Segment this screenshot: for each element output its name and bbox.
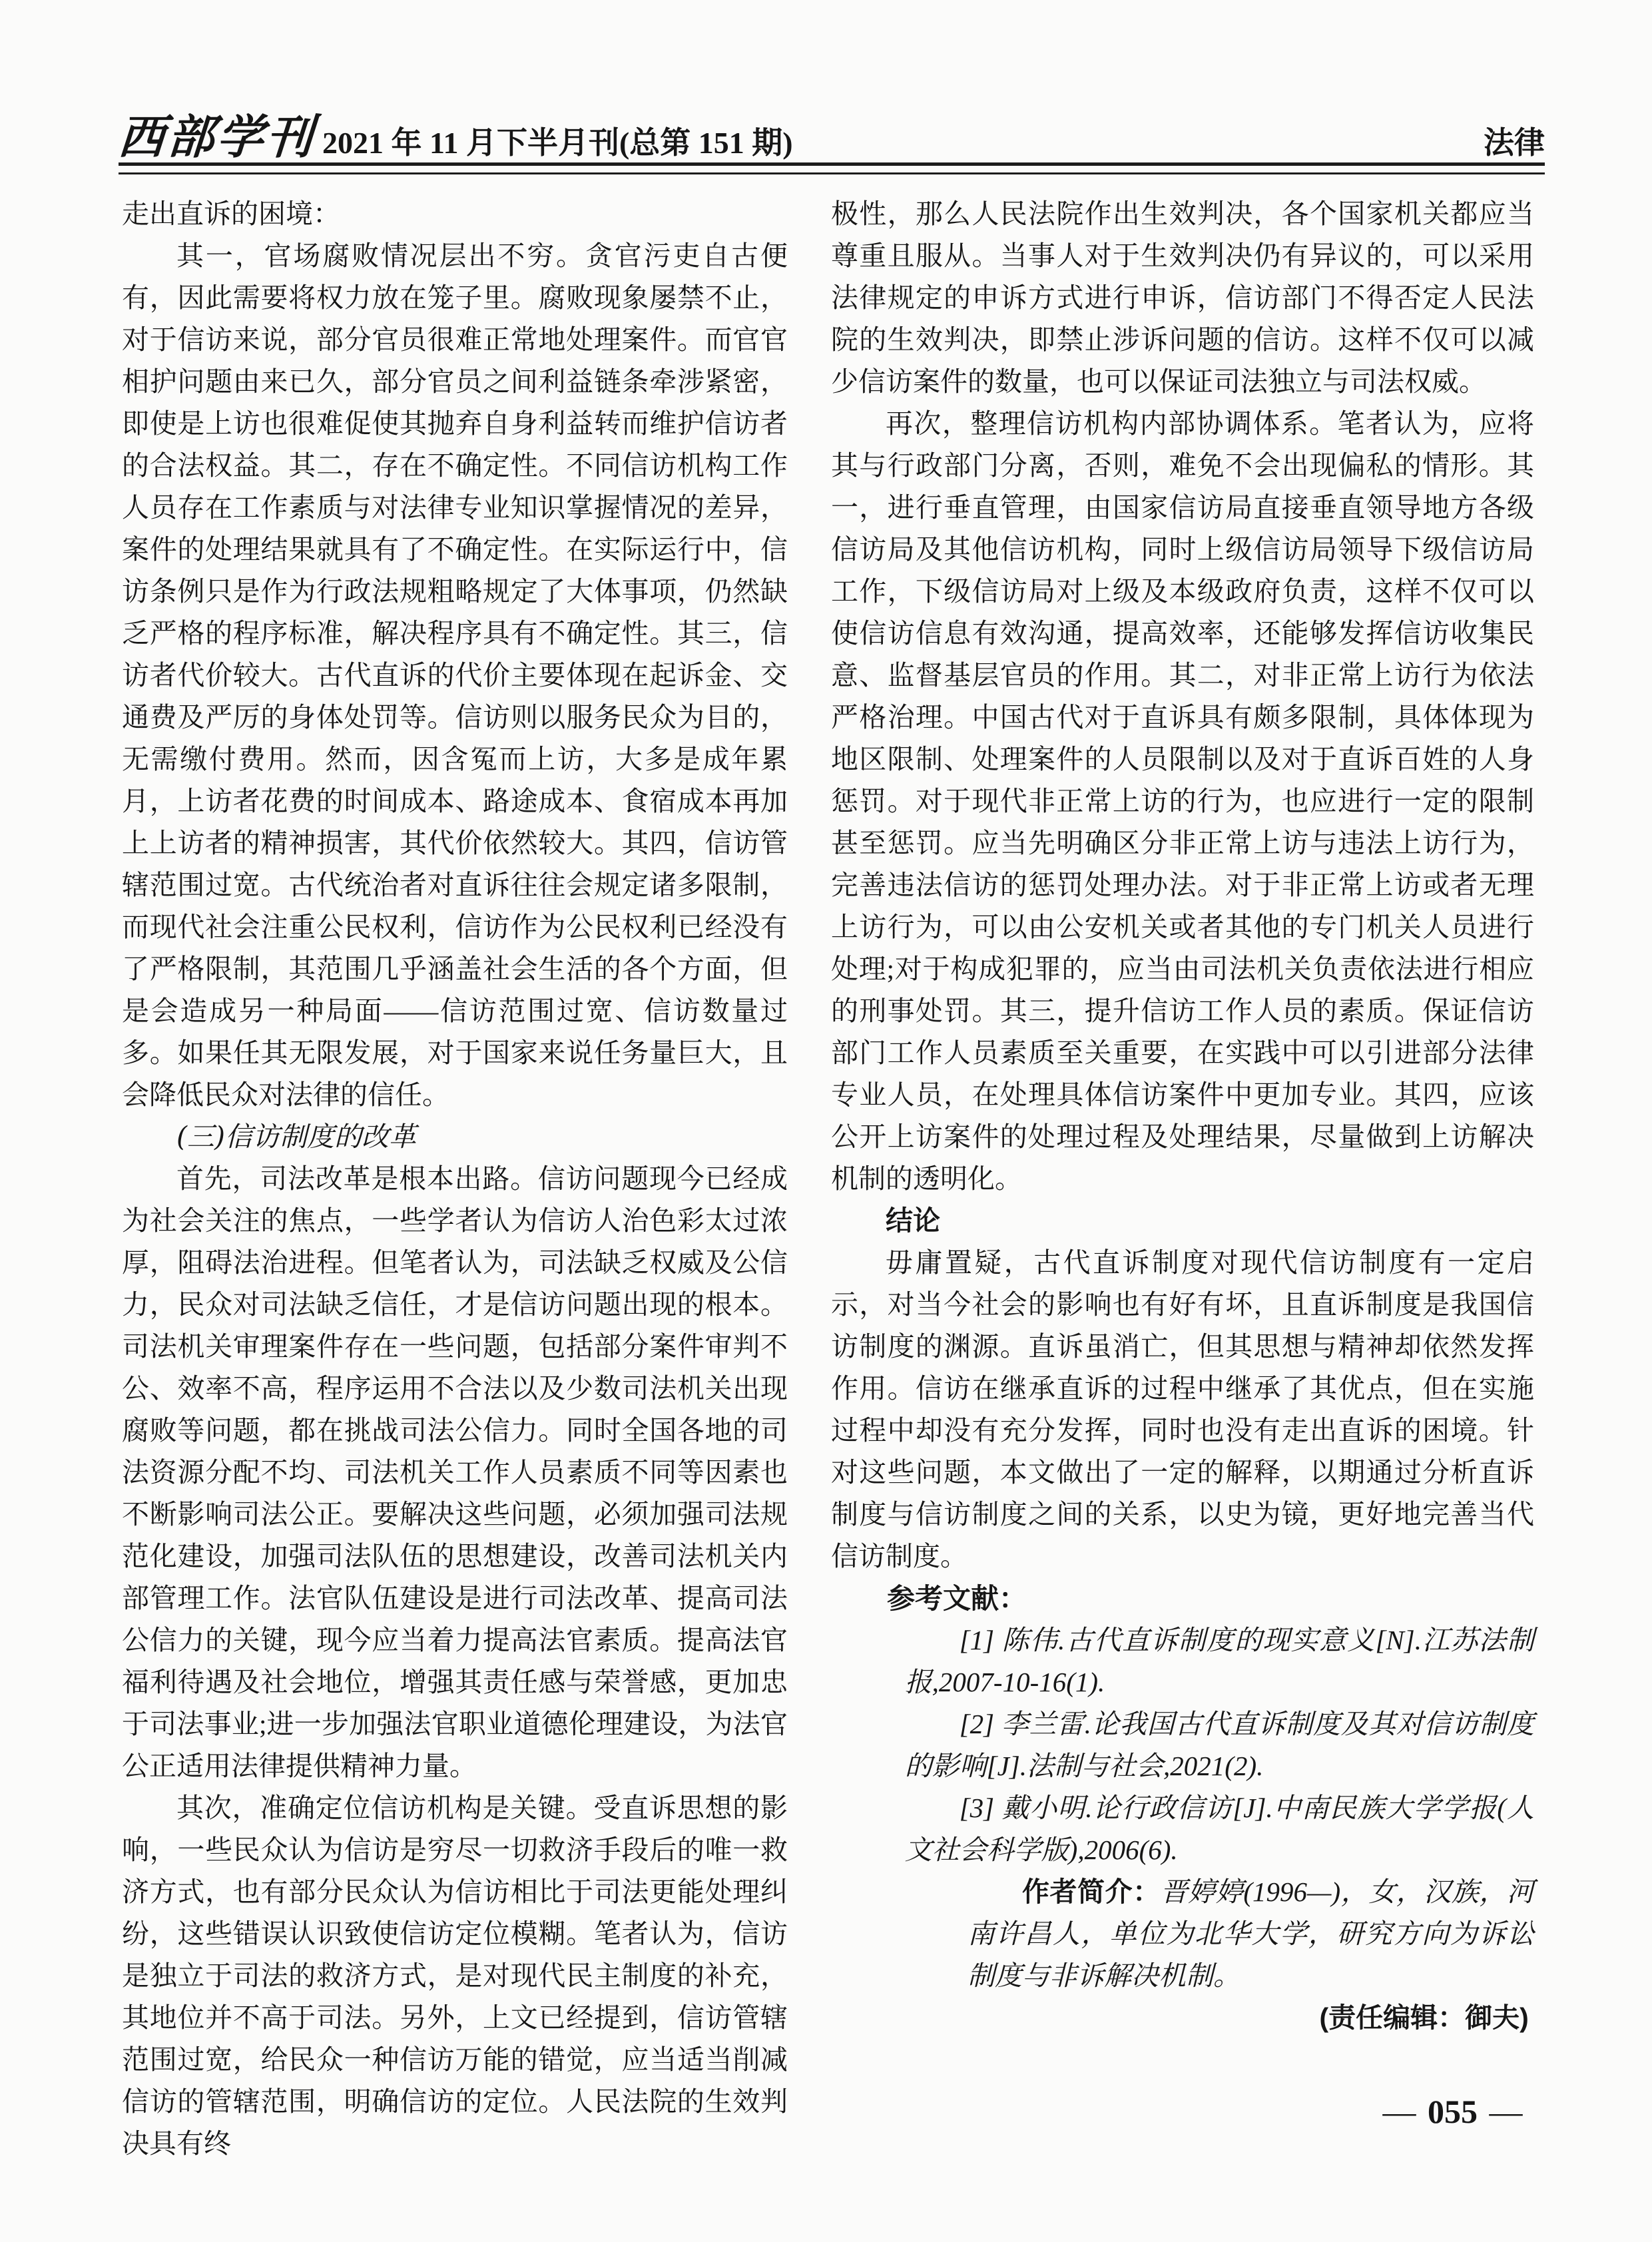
issue-info: 2021 年 11 月下半月刊(总第 151 期) <box>322 119 793 162</box>
page-number-dash-left: — <box>1371 2093 1428 2130</box>
paragraph-judicial-reform: 首先，司法改革是根本出路。信访问题现今已经成为社会关注的焦点，一些学者认为信访人… <box>122 1158 788 1787</box>
journal-logo: 西部学刊 <box>116 100 318 167</box>
section-label: 法律 <box>1484 119 1545 162</box>
page-number-value: 055 <box>1428 2093 1478 2130</box>
paragraph-conclusion: 毋庸置疑，古代直诉制度对现代信访制度有一定启示，对当今社会的影响也有好有坏，且直… <box>831 1242 1534 1577</box>
section-subheading-reform: (三)信访制度的改革 <box>122 1116 788 1158</box>
editor-credit: (责任编辑：御夫) <box>831 1997 1534 2039</box>
reference-item: [1] 陈伟.古代直诉制度的现实意义[N].江苏法制报,2007-10-16(1… <box>831 1619 1534 1703</box>
reference-item: [2] 李兰雷.论我国古代直诉制度及其对信访制度的影响[J].法制与社会,202… <box>831 1703 1534 1787</box>
lead-line: 走出直诉的困境： <box>122 193 788 235</box>
column-left: 走出直诉的困境： 其一，官场腐败情况层出不穷。贪官污吏自古便有，因此需要将权力放… <box>122 193 788 2165</box>
journal-page: 西部学刊 2021 年 11 月下半月刊(总第 151 期) 法律 走出直诉的困… <box>0 0 1652 2242</box>
page-number-dash-right: — <box>1478 2093 1534 2130</box>
author-bio: 作者简介：晋婷婷(1996—)，女，汉族，河南许昌人，单位为北华大学，研究方向为… <box>831 1871 1534 1997</box>
references-heading: 参考文献： <box>831 1577 1534 1619</box>
reference-item: [3] 戴小明.论行政信访[J].中南民族大学学报(人文社会科学版),2006(… <box>831 1787 1534 1871</box>
page-number: —055— <box>831 2092 1547 2131</box>
reference-list: [1] 陈伟.古代直诉制度的现实意义[N].江苏法制报,2007-10-16(1… <box>831 1619 1534 1871</box>
paragraph-coordination: 再次，整理信访机构内部协调体系。笔者认为，应将其与行政部门分离，否则，难免不会出… <box>831 403 1534 1200</box>
paragraph-drawbacks: 其一，官场腐败情况层出不穷。贪官污吏自古便有，因此需要将权力放在笼子里。腐败现象… <box>122 235 788 1116</box>
conclusion-heading: 结论 <box>831 1200 1534 1242</box>
column-right: 极性，那么人民法院作出生效判决，各个国家机关都应当尊重且服从。当事人对于生效判决… <box>831 193 1534 2039</box>
paragraph-positioning: 其次，准确定位信访机构是关键。受直诉思想的影响，一些民众认为信访是穷尽一切救济手… <box>122 1787 788 2165</box>
author-label: 作者简介： <box>1022 1876 1161 1907</box>
page-header: 西部学刊 2021 年 11 月下半月刊(总第 151 期) 法律 <box>119 100 1545 167</box>
header-divider-rule <box>119 162 1545 174</box>
paragraph-finality: 极性，那么人民法院作出生效判决，各个国家机关都应当尊重且服从。当事人对于生效判决… <box>831 193 1534 403</box>
